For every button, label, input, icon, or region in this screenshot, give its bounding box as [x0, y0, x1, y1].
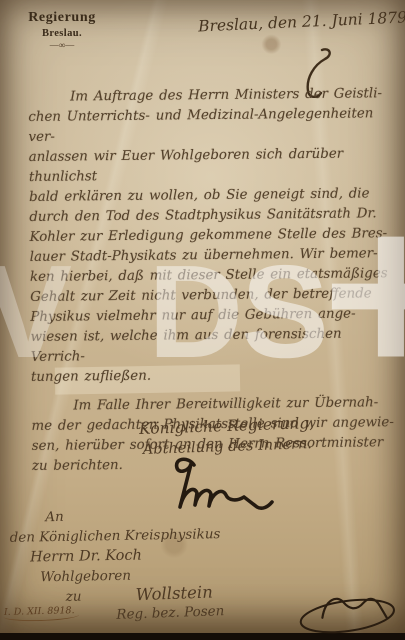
letterhead-ornament: —∞— [16, 40, 108, 50]
photo-frame: { "letterhead": { "line1": "Regierung", … [0, 0, 405, 640]
registrar-signature-scrawl [294, 583, 399, 640]
address-line: den Königlichen Kreisphysikus [9, 524, 220, 548]
dateline: Breslau, den 21. Juni 1879. [198, 9, 404, 36]
destination-place: Wollstein [135, 582, 224, 604]
reference-number: I. D. XII. 8918. [3, 605, 79, 622]
letter-line: chen Unterrichts- und Medizinal-Angelege… [28, 104, 398, 148]
document-paper: Regierung Breslau. —∞— Breslau, den 21. … [0, 0, 405, 633]
letter-line: Physikus vielmehr nur auf die Gebühren a… [30, 304, 400, 328]
closing-block: Königliche Regierung, Abtheilung des Inn… [111, 413, 342, 459]
letterhead-stamp: Regierung Breslau. —∞— [16, 10, 108, 50]
letter-line: tungen zufließen. [31, 364, 401, 388]
destination-block: Wollstein Reg. bez. Posen [115, 582, 224, 623]
destination-region: Reg. bez. Posen [116, 603, 224, 623]
letterhead-line1: Regierung [16, 10, 108, 26]
letterhead-line2: Breslau. [16, 28, 108, 39]
letter-line: wiesen ist, welche ihm aus den forensisc… [30, 324, 400, 368]
letter-paragraph-1: Im Auftrage des Herrn Ministers der Geis… [28, 84, 401, 388]
letter-line: anlassen wir Euer Wohlgeboren sich darüb… [29, 144, 399, 188]
